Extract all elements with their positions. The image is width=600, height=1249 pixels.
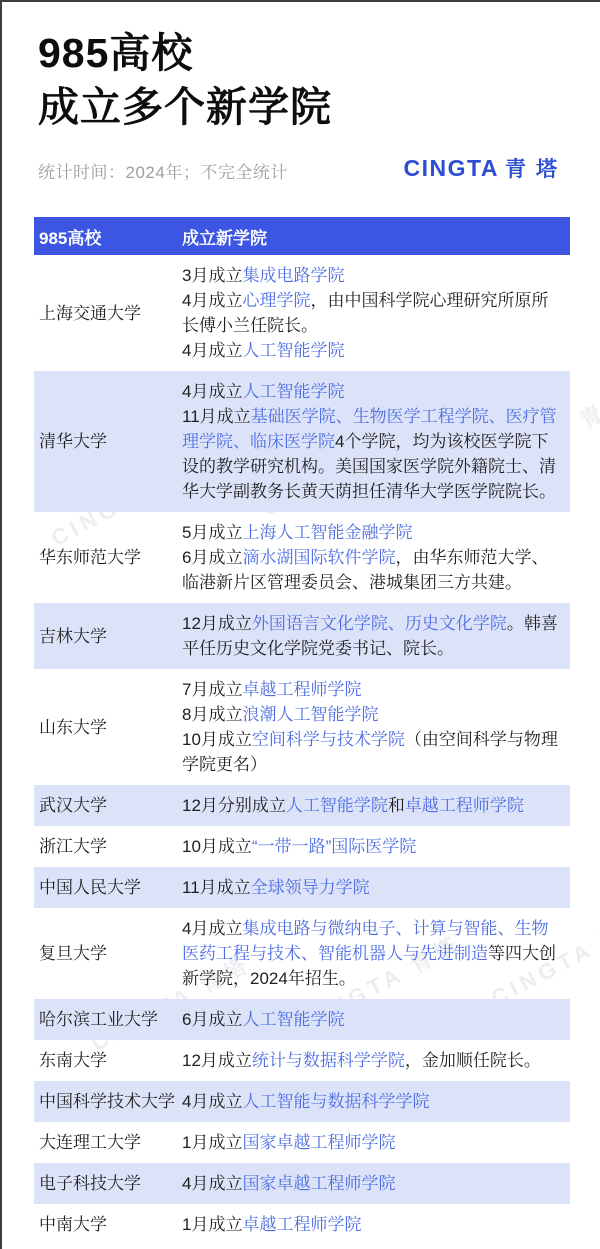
table-row: 复旦大学4月成立集成电路与微纳电子、计算与智能、生物医药工程与技术、智能机器人与… <box>34 908 570 999</box>
college-entry: 1月成立卓越工程师学院 <box>182 1212 562 1237</box>
entry-text: 4月成立 <box>182 291 242 310</box>
university-name: 电子科技大学 <box>34 1171 182 1196</box>
colleges-cell: 4月成立国家卓越工程师学院 <box>182 1171 570 1196</box>
university-name: 山东大学 <box>34 677 182 777</box>
entry-text: 6月成立 <box>182 548 242 567</box>
university-name: 复旦大学 <box>34 916 182 991</box>
college-name: 集成电路学院 <box>242 266 344 285</box>
university-name: 武汉大学 <box>34 793 182 818</box>
college-name: 国家卓越工程师学院 <box>242 1133 395 1152</box>
college-name: “一带一路”国际医学院 <box>252 837 416 856</box>
entry-text: 12月分别成立 <box>182 796 286 815</box>
entry-text: 11月成立 <box>182 407 251 426</box>
university-name: 华东师范大学 <box>34 520 182 595</box>
colleges-cell: 3月成立集成电路学院4月成立心理学院，由中国科学院心理研究所原所长傅小兰任院长。… <box>182 263 570 363</box>
college-name: 浪潮人工智能学院 <box>242 705 378 724</box>
college-name: 人工智能学院 <box>286 796 388 815</box>
entry-text: 10月成立 <box>182 837 252 856</box>
college-name: 空间科学与技术学院 <box>252 730 405 749</box>
table-row: 吉林大学12月成立外国语言文化学院、历史文化学院。韩喜平任历史文化学院党委书记、… <box>34 603 570 669</box>
page-title-line2: 成立多个新学院 <box>38 80 332 134</box>
college-name: 人工智能学院 <box>242 1010 344 1029</box>
entry-text: 7月成立 <box>182 680 242 699</box>
colleges-cell: 11月成立全球领导力学院 <box>182 875 570 900</box>
table-row: 武汉大学12月分别成立人工智能学院和卓越工程师学院 <box>34 785 570 826</box>
entry-text: 5月成立 <box>182 523 242 542</box>
entry-text: 3月成立 <box>182 266 242 285</box>
stat-note: 统计时间：2024年；不完全统计 <box>38 158 288 183</box>
infographic-page: CINGTA 青塔 CINGTA 青塔 CINGTA 青塔 CINGTA 青塔 … <box>0 0 600 1249</box>
colleges-cell: 12月成立统计与数据科学学院，金加顺任院长。 <box>182 1048 570 1073</box>
table-row: 中南大学1月成立卓越工程师学院 <box>34 1204 570 1245</box>
colleges-cell: 4月成立人工智能学院11月成立基础医学院、生物医学工程学院、医疗管理学院、临床医… <box>182 379 570 504</box>
cingta-logo-cn: 青塔 <box>505 158 567 181</box>
page-title-line1: 985高校 <box>38 26 332 80</box>
college-entry: 4月成立人工智能学院 <box>182 379 562 404</box>
colleges-cell: 6月成立人工智能学院 <box>182 1007 570 1032</box>
university-name: 上海交通大学 <box>34 263 182 363</box>
entry-text: 12月成立 <box>182 1051 252 1070</box>
entry-text: 1月成立 <box>182 1133 242 1152</box>
college-entry: 6月成立滴水湖国际软件学院，由华东师范大学、临港新片区管理委员会、港城集团三方共… <box>182 545 562 595</box>
college-entry: 11月成立全球领导力学院 <box>182 875 562 900</box>
table-row: 大连理工大学1月成立国家卓越工程师学院 <box>34 1122 570 1163</box>
college-name: 心理学院 <box>242 291 310 310</box>
entry-text: 4月成立 <box>182 1174 242 1193</box>
table-row: 清华大学4月成立人工智能学院11月成立基础医学院、生物医学工程学院、医疗管理学院… <box>34 371 570 512</box>
college-entry: 12月成立统计与数据科学学院，金加顺任院长。 <box>182 1048 562 1073</box>
college-name: 全球领导力学院 <box>251 878 370 897</box>
table-header-row: 985高校 成立新学院 <box>34 217 570 255</box>
university-name: 东南大学 <box>34 1048 182 1073</box>
entry-text: 4月成立 <box>182 919 242 938</box>
university-name: 哈尔滨工业大学 <box>34 1007 182 1032</box>
colleges-cell: 12月成立外国语言文化学院、历史文化学院。韩喜平任历史文化学院党委书记、院长。 <box>182 611 570 661</box>
college-entry: 11月成立基础医学院、生物医学工程学院、医疗管理学院、临床医学院4个学院，均为该… <box>182 404 562 504</box>
college-entry: 10月成立空间科学与技术学院（由空间科学与物理学院更名） <box>182 727 562 777</box>
college-entry: 7月成立卓越工程师学院 <box>182 677 562 702</box>
college-entry: 5月成立上海人工智能金融学院 <box>182 520 562 545</box>
table-row: 东南大学12月成立统计与数据科学学院，金加顺任院长。 <box>34 1040 570 1081</box>
college-entry: 1月成立国家卓越工程师学院 <box>182 1130 562 1155</box>
entry-text: 6月成立 <box>182 1010 242 1029</box>
colleges-cell: 1月成立国家卓越工程师学院 <box>182 1130 570 1155</box>
college-entry: 8月成立浪潮人工智能学院 <box>182 702 562 727</box>
entry-text: 12月成立 <box>182 614 252 633</box>
table-row: 山东大学7月成立卓越工程师学院8月成立浪潮人工智能学院10月成立空间科学与技术学… <box>34 669 570 785</box>
university-name: 中国人民大学 <box>34 875 182 900</box>
entry-text: 8月成立 <box>182 705 242 724</box>
college-name: 外国语言文化学院、历史文化学院 <box>252 614 507 633</box>
entry-text: ，金加顺任院长。 <box>405 1051 541 1070</box>
college-entry: 4月成立人工智能学院 <box>182 338 562 363</box>
college-name: 上海人工智能金融学院 <box>242 523 412 542</box>
university-name: 中国科学技术大学 <box>34 1089 182 1114</box>
table-body: 上海交通大学3月成立集成电路学院4月成立心理学院，由中国科学院心理研究所原所长傅… <box>34 255 570 1245</box>
entry-text: 1月成立 <box>182 1215 242 1234</box>
college-name: 卓越工程师学院 <box>242 680 361 699</box>
university-name: 清华大学 <box>34 379 182 504</box>
college-entry: 6月成立人工智能学院 <box>182 1007 562 1032</box>
entry-text: 10月成立 <box>182 730 252 749</box>
entry-text: 4月成立 <box>182 382 242 401</box>
colleges-cell: 4月成立集成电路与微纳电子、计算与智能、生物医药工程与技术、智能机器人与先进制造… <box>182 916 570 991</box>
college-name: 卓越工程师学院 <box>242 1215 361 1234</box>
colleges-cell: 1月成立卓越工程师学院 <box>182 1212 570 1237</box>
page-title: 985高校 成立多个新学院 <box>38 26 332 134</box>
entry-text: 和 <box>388 796 405 815</box>
column-header-university: 985高校 <box>34 224 182 249</box>
college-name: 人工智能学院 <box>242 382 344 401</box>
university-name: 吉林大学 <box>34 611 182 661</box>
college-entry: 10月成立“一带一路”国际医学院 <box>182 834 562 859</box>
college-name: 卓越工程师学院 <box>405 796 524 815</box>
colleges-cell: 7月成立卓越工程师学院8月成立浪潮人工智能学院10月成立空间科学与技术学院（由空… <box>182 677 570 777</box>
colleges-cell: 5月成立上海人工智能金融学院6月成立滴水湖国际软件学院，由华东师范大学、临港新片… <box>182 520 570 595</box>
colleges-cell: 10月成立“一带一路”国际医学院 <box>182 834 570 859</box>
college-name: 人工智能学院 <box>242 341 344 360</box>
table-row: 哈尔滨工业大学6月成立人工智能学院 <box>34 999 570 1040</box>
college-entry: 4月成立集成电路与微纳电子、计算与智能、生物医药工程与技术、智能机器人与先进制造… <box>182 916 562 991</box>
table-row: 浙江大学10月成立“一带一路”国际医学院 <box>34 826 570 867</box>
column-header-colleges: 成立新学院 <box>182 224 570 249</box>
college-entry: 4月成立国家卓越工程师学院 <box>182 1171 562 1196</box>
college-name: 人工智能与数据科学学院 <box>242 1092 429 1111</box>
university-name: 浙江大学 <box>34 834 182 859</box>
college-name: 滴水湖国际软件学院 <box>242 548 395 567</box>
colleges-cell: 12月分别成立人工智能学院和卓越工程师学院 <box>182 793 570 818</box>
university-name: 中南大学 <box>34 1212 182 1237</box>
colleges-cell: 4月成立人工智能与数据科学学院 <box>182 1089 570 1114</box>
table-row: 上海交通大学3月成立集成电路学院4月成立心理学院，由中国科学院心理研究所原所长傅… <box>34 255 570 371</box>
college-name: 国家卓越工程师学院 <box>242 1174 395 1193</box>
table-row: 电子科技大学4月成立国家卓越工程师学院 <box>34 1163 570 1204</box>
college-entry: 3月成立集成电路学院 <box>182 263 562 288</box>
entry-text: 4月成立 <box>182 341 242 360</box>
universities-table: 985高校 成立新学院 上海交通大学3月成立集成电路学院4月成立心理学院，由中国… <box>34 217 570 1245</box>
cingta-logo: CINGTA青塔 <box>404 153 567 183</box>
college-entry: 4月成立人工智能与数据科学学院 <box>182 1089 562 1114</box>
college-entry: 12月分别成立人工智能学院和卓越工程师学院 <box>182 793 562 818</box>
cingta-logo-en: CINGTA <box>404 155 499 181</box>
entry-text: 11月成立 <box>182 878 251 897</box>
table-row: 中国人民大学11月成立全球领导力学院 <box>34 867 570 908</box>
table-row: 华东师范大学5月成立上海人工智能金融学院6月成立滴水湖国际软件学院，由华东师范大… <box>34 512 570 603</box>
college-entry: 4月成立心理学院，由中国科学院心理研究所原所长傅小兰任院长。 <box>182 288 562 338</box>
university-name: 大连理工大学 <box>34 1130 182 1155</box>
college-name: 统计与数据科学学院 <box>252 1051 405 1070</box>
table-row: 中国科学技术大学4月成立人工智能与数据科学学院 <box>34 1081 570 1122</box>
entry-text: 4月成立 <box>182 1092 242 1111</box>
college-entry: 12月成立外国语言文化学院、历史文化学院。韩喜平任历史文化学院党委书记、院长。 <box>182 611 562 661</box>
